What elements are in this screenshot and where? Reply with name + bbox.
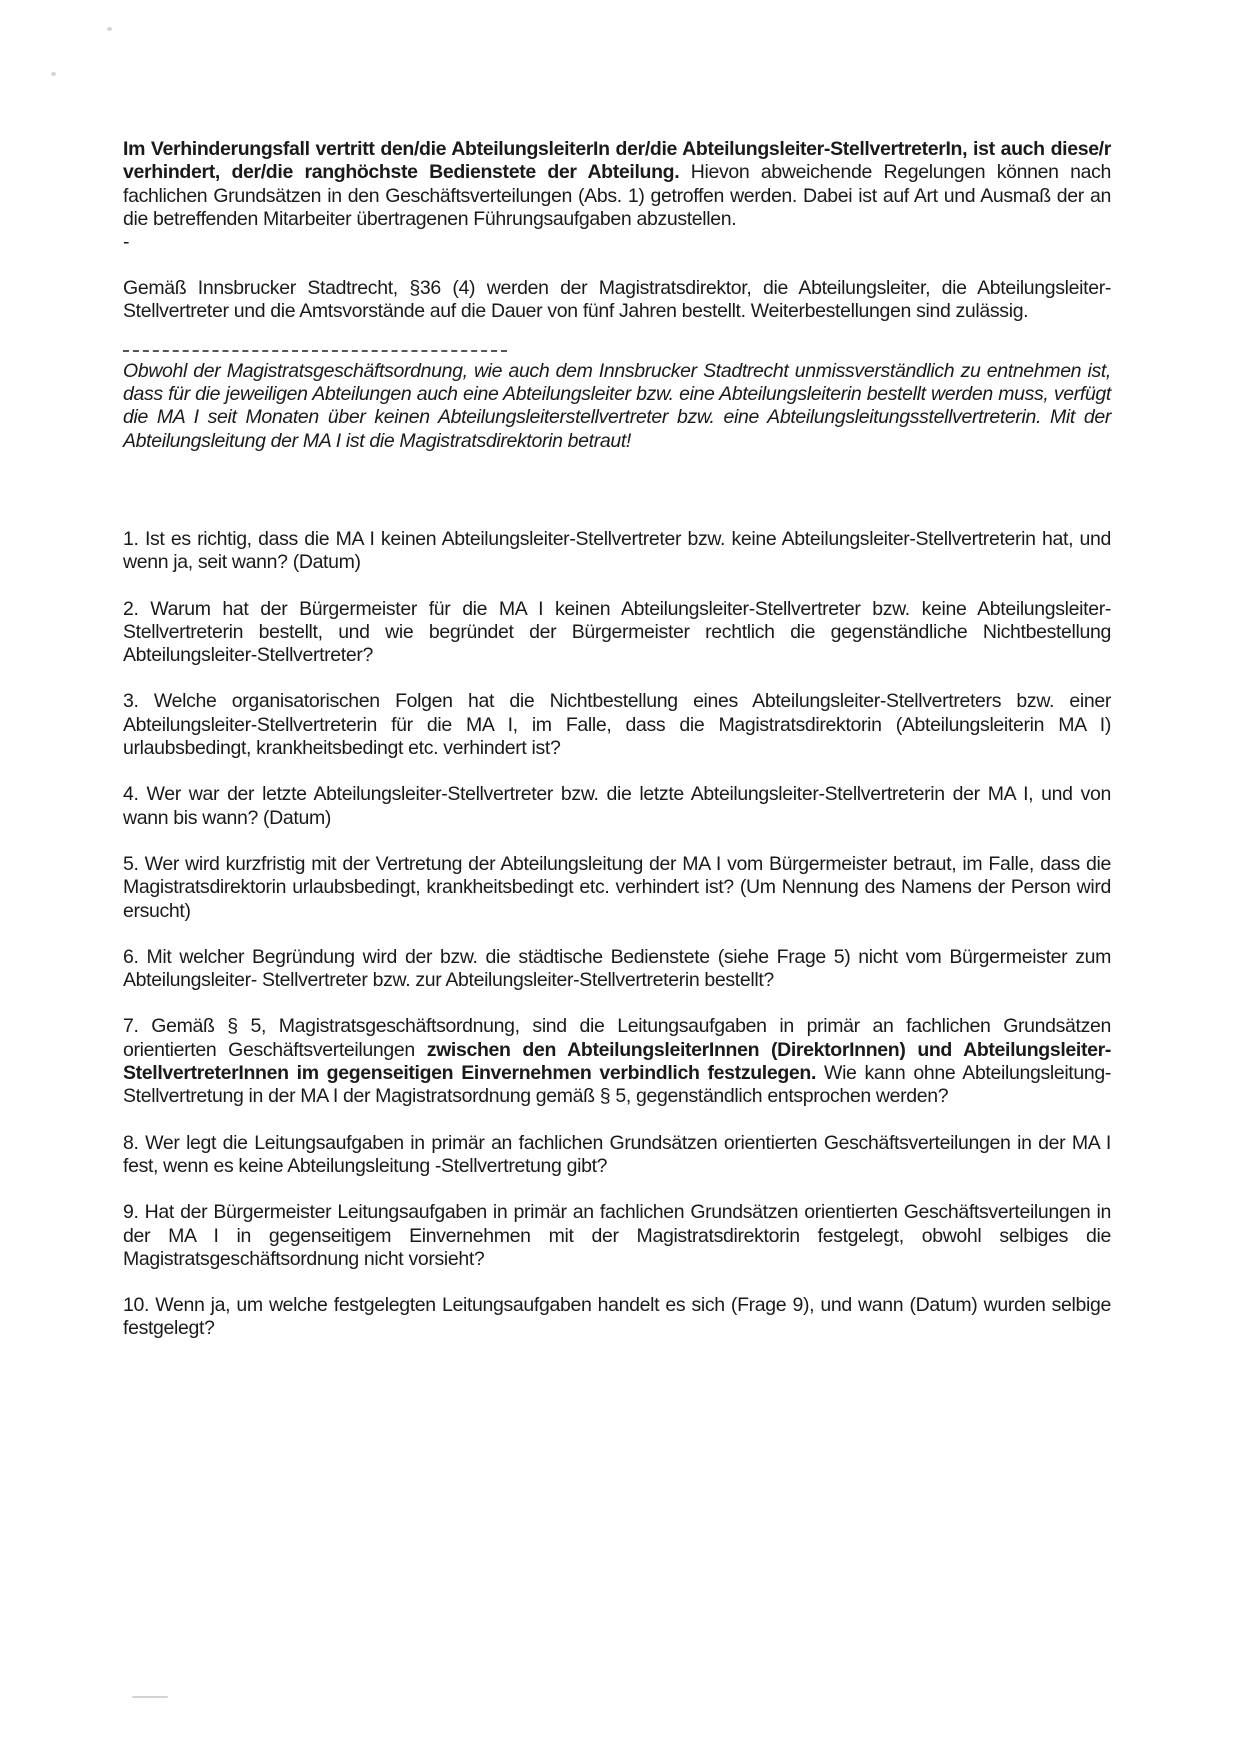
question-9: 9. Hat der Bürgermeister Leitungsaufgabe… [123,1201,1111,1271]
scan-speck [132,1696,168,1698]
dashed-separator [123,350,507,352]
question-8: 8. Wer legt die Leitungsaufgaben in prim… [123,1132,1111,1179]
question-6: 6. Mit welcher Begründung wird der bzw. … [123,946,1111,993]
document-page: Im Verhinderungsfall vertritt den/die Ab… [123,138,1111,1364]
question-5: 5. Wer wird kurzfristig mit der Vertretu… [123,853,1111,923]
intro-paragraph: Im Verhinderungsfall vertritt den/die Ab… [123,138,1111,231]
stadtrecht-paragraph: Gemäß Innsbrucker Stadtrecht, §36 (4) we… [123,277,1111,324]
question-10: 10. Wenn ja, um welche festgelegten Leit… [123,1294,1111,1341]
italic-remark-paragraph: Obwohl der Magistratsgeschäftsordnung, w… [123,360,1111,453]
question-3: 3. Welche organisatorischen Folgen hat d… [123,690,1111,760]
question-7: 7. Gemäß § 5, Magistratsgeschäftsordnung… [123,1015,1111,1108]
scan-speck [107,27,112,31]
question-4: 4. Wer war der letzte Abteilungsleiter-S… [123,783,1111,830]
scan-speck [51,72,56,76]
question-1: 1. Ist es richtig, dass die MA I keinen … [123,528,1111,575]
question-2: 2. Warum hat der Bürgermeister für die M… [123,598,1111,668]
dash-marker: - [123,231,1111,254]
